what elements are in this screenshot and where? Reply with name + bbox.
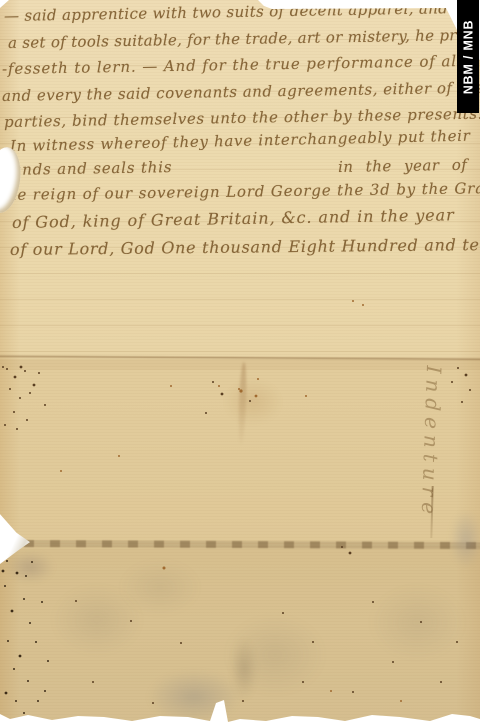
handwriting-line: in the year of xyxy=(338,158,468,175)
stain-bottom-dark xyxy=(231,638,257,700)
foxing-specks-scattered xyxy=(0,0,2,2)
handwriting-line: hands and seals this xyxy=(2,160,173,178)
archive-label-text: NBM / MNB xyxy=(461,19,475,94)
scanned-document-view: — said apprentice with two suits of dece… xyxy=(0,0,480,728)
foxing-specks-bottom-left xyxy=(0,0,2,2)
show-through-mark xyxy=(370,585,465,660)
smudge-left xyxy=(6,551,54,583)
fold-crease-lower xyxy=(0,540,480,549)
manuscript-page: — said apprentice with two suits of dece… xyxy=(0,0,480,728)
foxing-specks-rust xyxy=(0,0,2,2)
stain-bottom-center xyxy=(148,670,240,724)
smudge-right-edge xyxy=(450,510,480,568)
archive-label: NBM / MNB xyxy=(457,0,479,113)
stain-middle xyxy=(224,379,282,425)
show-through-mark xyxy=(120,560,200,615)
